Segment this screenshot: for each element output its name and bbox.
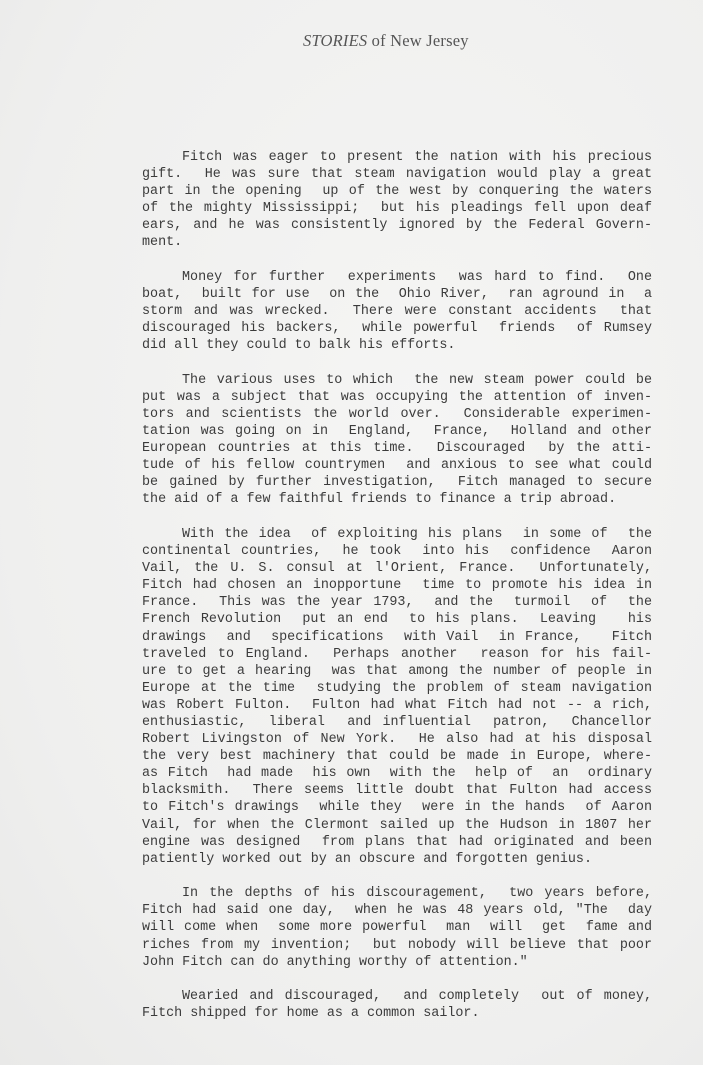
text-line: Money for further experiments was hard t… — [142, 269, 652, 286]
text-line: did all they could to balk his efforts. — [142, 337, 652, 354]
running-head: STORIES of New Jersey — [303, 31, 469, 51]
text-line: the very best machinery that could be ma… — [142, 748, 652, 765]
text-line: In the depths of his discouragement, two… — [142, 885, 652, 902]
paragraph: With the idea of exploiting his plans in… — [142, 526, 652, 868]
text-line: riches from my invention; but nobody wil… — [142, 937, 652, 954]
text-line: tors and scientists the world over. Cons… — [142, 406, 652, 423]
text-line: boat, built for use on the Ohio River, r… — [142, 286, 652, 303]
text-line: to Fitch's drawings while they were in t… — [142, 799, 652, 816]
text-line: ure to get a hearing was that among the … — [142, 663, 652, 680]
text-line: Wearied and discouraged, and completely … — [142, 988, 652, 1005]
text-line: storm and was wrecked. There were consta… — [142, 303, 652, 320]
text-line: Fitch had said one day, when he was 48 y… — [142, 902, 652, 919]
paragraph: Fitch was eager to present the nation wi… — [142, 149, 652, 252]
text-line: Vail, for when the Clermont sailed up th… — [142, 817, 652, 834]
text-line: The various uses to which the new steam … — [142, 372, 652, 389]
text-line: tude of his fellow countrymen and anxiou… — [142, 457, 652, 474]
text-line: John Fitch can do anything worthy of att… — [142, 954, 652, 971]
text-line: discouraged his backers, while powerful … — [142, 320, 652, 337]
text-line: French Revolution put an end to his plan… — [142, 611, 652, 628]
text-line: engine was designed from plans that had … — [142, 834, 652, 851]
running-head-italic: STORIES — [303, 31, 367, 50]
text-line: continental countries, he took into his … — [142, 543, 652, 560]
text-line: will come when some more powerful man wi… — [142, 919, 652, 936]
text-line: With the idea of exploiting his plans in… — [142, 526, 652, 543]
text-line: Vail, the U. S. consul at l'Orient, Fran… — [142, 560, 652, 577]
text-line: as Fitch had made his own with the help … — [142, 765, 652, 782]
text-line: Europe at the time studying the problem … — [142, 680, 652, 697]
running-head-rest: of New Jersey — [367, 31, 468, 50]
text-line: part in the opening up of the west by co… — [142, 183, 652, 200]
paragraph: Wearied and discouraged, and completely … — [142, 988, 652, 1022]
body-text: Fitch was eager to present the nation wi… — [142, 149, 652, 1040]
text-line: gift. He was sure that steam navigation … — [142, 166, 652, 183]
text-line: Fitch had chosen an inopportune time to … — [142, 577, 652, 594]
text-line: Fitch shipped for home as a common sailo… — [142, 1005, 652, 1022]
text-line: the aid of a few faithful friends to fin… — [142, 491, 652, 508]
text-line: ears, and he was consistently ignored by… — [142, 217, 652, 234]
paragraph: In the depths of his discouragement, two… — [142, 885, 652, 970]
text-line: enthusiastic, liberal and influential pa… — [142, 714, 652, 731]
paragraph: Money for further experiments was hard t… — [142, 269, 652, 354]
text-line: European countries at this time. Discour… — [142, 440, 652, 457]
text-line: be gained by further investigation, Fitc… — [142, 474, 652, 491]
text-line: France. This was the year 1793, and the … — [142, 594, 652, 611]
text-line: blacksmith. There seems little doubt tha… — [142, 782, 652, 799]
text-line: drawings and specifications with Vail in… — [142, 629, 652, 646]
text-line: traveled to England. Perhaps another rea… — [142, 646, 652, 663]
text-line: Fitch was eager to present the nation wi… — [142, 149, 652, 166]
text-line: Robert Livingston of New York. He also h… — [142, 731, 652, 748]
paragraph: The various uses to which the new steam … — [142, 372, 652, 509]
text-line: patiently worked out by an obscure and f… — [142, 851, 652, 868]
text-line: put was a subject that was occupying the… — [142, 389, 652, 406]
document-page: STORIES of New Jersey Fitch was eager to… — [0, 0, 703, 1065]
text-line: tation was going on in England, France, … — [142, 423, 652, 440]
text-line: was Robert Fulton. Fulton had what Fitch… — [142, 697, 652, 714]
text-line: ment. — [142, 234, 652, 251]
text-line: of the mighty Mississippi; but his plead… — [142, 200, 652, 217]
